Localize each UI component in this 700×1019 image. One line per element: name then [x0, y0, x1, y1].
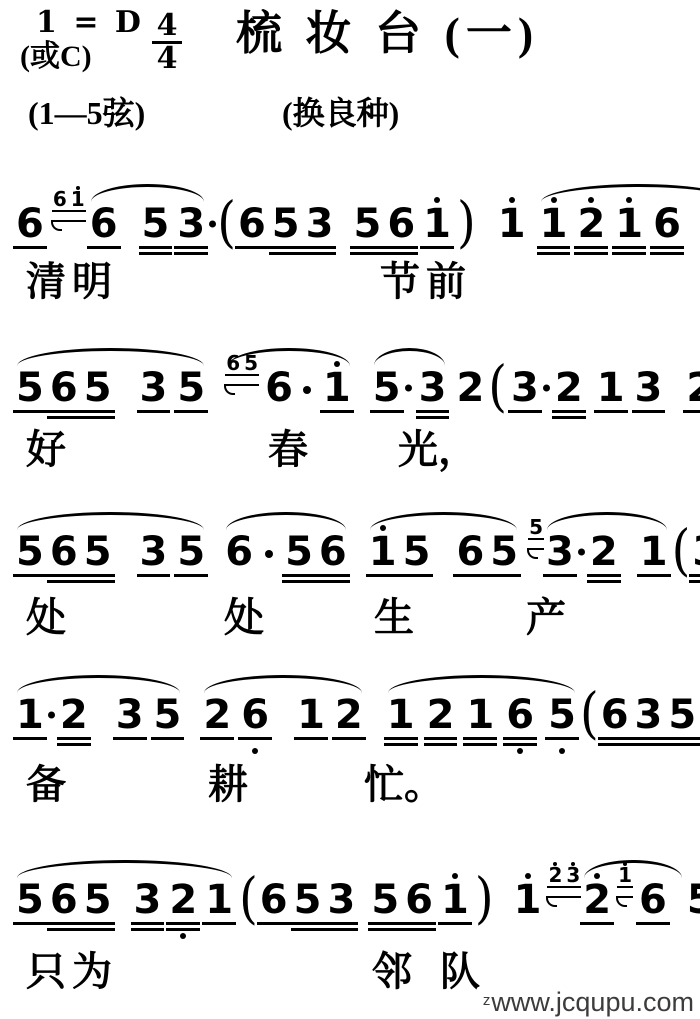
lyric: 好 — [26, 428, 66, 472]
grace-note-row: 23 — [547, 865, 581, 885]
note: 1 — [595, 368, 627, 408]
augmentation-dot — [48, 712, 55, 719]
note: 2 — [167, 880, 199, 920]
octave-dot-above — [551, 197, 557, 203]
note: 6 — [14, 204, 46, 244]
time-signature-denominator: 4 — [150, 45, 184, 73]
augmentation-dot — [543, 385, 550, 392]
key-signature: 1 = D — [36, 6, 144, 40]
note: 3 — [325, 880, 357, 920]
lyrics-row: 好春光， — [12, 428, 700, 474]
parenthesis: ) — [457, 197, 476, 248]
lyric: 春 — [268, 428, 308, 472]
note: 6 — [236, 204, 268, 244]
note: 1 — [203, 880, 235, 920]
augmentation-dot — [209, 221, 216, 228]
note: 2 — [575, 204, 607, 244]
note-group: 565321 — [14, 858, 235, 920]
grace-beam — [52, 210, 86, 222]
time-signature-numerator: 4 — [150, 12, 184, 40]
dot-separator — [303, 386, 311, 394]
slur-arc — [17, 348, 204, 366]
note: 5 — [546, 695, 578, 735]
notation-row: 661653(653561)112165(32) — [12, 168, 700, 244]
note-group: 321 — [544, 510, 670, 572]
note: 6 — [48, 532, 80, 572]
note: 1 — [464, 695, 496, 735]
parenthesis: ( — [580, 688, 599, 739]
note: 5 — [292, 880, 324, 920]
note: 5 — [82, 368, 114, 408]
note: 1 — [367, 532, 399, 572]
note-group: 653 — [88, 182, 208, 244]
octave-dot-above — [334, 361, 340, 367]
note-group: 56535 — [14, 510, 207, 572]
note: 5 — [369, 880, 401, 920]
slur-arc — [17, 512, 204, 530]
note: 1 — [295, 695, 327, 735]
note: 3 — [544, 532, 576, 572]
note: 6 — [385, 204, 417, 244]
lyric: 备 — [26, 763, 66, 807]
note: 1 — [512, 880, 544, 920]
parenthesis: ( — [488, 361, 507, 412]
sheet-music-page: { "meta": { "key": "1 = D", "key_alt": "… — [0, 0, 700, 1019]
note: 3 — [633, 695, 665, 735]
augmentation-dot — [405, 385, 412, 392]
note: 3 — [138, 368, 170, 408]
octave-dot-above — [434, 197, 440, 203]
note-group: 2612 — [201, 673, 364, 735]
lyric: 处 — [26, 596, 66, 640]
grace-note-row: 61 — [52, 189, 86, 209]
note: 6 — [317, 532, 349, 572]
lyric: 清 — [26, 260, 66, 304]
slur-arc — [370, 512, 517, 530]
grace-notes: 5 — [528, 517, 544, 550]
grace-notes: 23 — [547, 865, 581, 898]
note: 1 — [321, 368, 353, 408]
octave-dot-below — [517, 748, 523, 754]
parenthesis: ( — [217, 197, 236, 248]
notation-row: 5653565615655321(32) — [12, 499, 700, 572]
grace-note: 1 — [617, 865, 633, 885]
octave-dot-above — [588, 197, 594, 203]
parenthesis: ( — [672, 525, 691, 576]
octave-dot-below — [559, 748, 565, 754]
note: 5 — [82, 532, 114, 572]
note: 3 — [509, 368, 541, 408]
slur-arc — [17, 860, 232, 878]
note: 6 — [88, 204, 120, 244]
watermark-text: www.jcqupu.com — [491, 987, 694, 1017]
grace-note: 2 — [547, 865, 563, 885]
lyric: 队 — [440, 950, 480, 994]
note: 3 — [138, 532, 170, 572]
note: 6 — [454, 532, 486, 572]
grace-note-row: 65 — [225, 353, 259, 373]
note: 2 — [684, 368, 700, 408]
note-group: 12165 — [385, 673, 578, 735]
grace-beam — [617, 886, 633, 898]
note: 5 — [14, 532, 46, 572]
note: 2 — [201, 695, 233, 735]
octave-dot-above — [594, 873, 600, 879]
note: 5 — [270, 204, 302, 244]
grace-note: 3 — [565, 865, 581, 885]
note: 6 — [48, 880, 80, 920]
watermark-mark: z — [483, 992, 491, 1009]
page-title: 梳 妆 台 (一) — [236, 8, 539, 60]
notation-row: 565321(653561)1232165(53) — [12, 822, 700, 920]
key-signature-alternate: (或C) — [20, 40, 92, 74]
lyric: 明 — [72, 260, 112, 304]
grace-notes: 65 — [225, 353, 259, 386]
note: 5 — [152, 695, 184, 735]
note-group: 216 — [581, 858, 685, 920]
grace-notes: 1 — [617, 865, 633, 898]
slur-arc — [541, 184, 700, 202]
lyrics-row: 清明节前 — [12, 260, 700, 306]
note-group: 653561 — [258, 858, 471, 920]
lyric: 忙。 — [364, 763, 444, 807]
parenthesis: ) — [475, 873, 494, 924]
note: 3 — [633, 368, 665, 408]
octave-dot-above — [380, 525, 386, 531]
octave-dot-below — [180, 933, 186, 939]
note: 5 — [140, 204, 172, 244]
lyric: 节 — [380, 260, 420, 304]
slur-arc — [388, 675, 575, 693]
grace-notes: 61 — [52, 189, 86, 222]
slur-arc — [17, 675, 180, 693]
note: 5 — [283, 532, 315, 572]
note: 2 — [581, 880, 613, 920]
note: 2 — [425, 695, 457, 735]
note: 1 — [421, 204, 453, 244]
note: 1 — [439, 880, 471, 920]
note: 5 — [401, 532, 433, 572]
grace-note: 6 — [225, 353, 241, 373]
grace-hook — [51, 220, 62, 231]
music-line: 5653565615655321(32)处处生产 — [12, 499, 700, 572]
note-group: 12165 — [538, 182, 700, 244]
note: 5 — [371, 368, 403, 408]
slur-arc — [204, 675, 361, 693]
slur-arc — [226, 512, 346, 530]
note: 5 — [82, 880, 114, 920]
octave-dot-above — [626, 197, 632, 203]
slur-arc — [374, 348, 446, 366]
note: 1 — [14, 695, 46, 735]
octave-dot-above — [509, 197, 515, 203]
grace-hook — [527, 548, 538, 559]
grace-hook — [224, 384, 235, 395]
lyric: 只 — [26, 950, 66, 994]
octave-dot-above — [452, 873, 458, 879]
note: 3 — [114, 695, 146, 735]
grace-note: 5 — [528, 517, 544, 537]
grace-hook — [546, 896, 557, 907]
notation-row: 1235261212165(635116) — [12, 660, 700, 735]
octave-dot-above — [571, 862, 575, 866]
octave-dot-below — [252, 748, 258, 754]
note-group: 53 — [371, 346, 449, 408]
note: 3 — [132, 880, 164, 920]
note: 3 — [417, 368, 449, 408]
note-group: 6561 — [225, 346, 353, 408]
lyrics-row: 处处生产 — [12, 596, 700, 642]
note-group: 1235 — [14, 673, 183, 735]
note-group: 656 — [223, 510, 349, 572]
subtitle-note: (换良种) — [282, 94, 399, 132]
octave-dot-above — [76, 186, 80, 190]
grace-beam — [225, 374, 259, 386]
note: 5 — [666, 695, 698, 735]
parenthesis: ( — [239, 873, 258, 924]
note: 5 — [14, 880, 46, 920]
note: 6 — [599, 695, 631, 735]
note-group: 56535 — [14, 346, 207, 408]
note: 1 — [638, 532, 670, 572]
lyric: 耕 — [208, 763, 248, 807]
note: 6 — [637, 880, 669, 920]
note: 1 — [385, 695, 417, 735]
music-line: 565356561532(3213253)好春光， — [12, 334, 700, 408]
lyrics-row: 备耕忙。 — [12, 763, 700, 809]
slur-arc — [547, 512, 667, 530]
note: 6 — [48, 368, 80, 408]
note: 6 — [403, 880, 435, 920]
lyric: 为 — [72, 950, 112, 994]
note: 1 — [496, 204, 528, 244]
grace-beam — [528, 538, 544, 550]
note: 2 — [333, 695, 365, 735]
lyric: 产 — [526, 596, 566, 640]
note: 6 — [263, 368, 295, 408]
note-group: 653561 — [236, 182, 453, 244]
grace-note-row: 1 — [617, 865, 633, 885]
note: 5 — [488, 532, 520, 572]
lyric: 光， — [398, 428, 478, 472]
notation-row: 565356561532(3213253) — [12, 334, 700, 408]
note: 1 — [613, 204, 645, 244]
watermark: zwww.jcqupu.com — [483, 986, 694, 1017]
note: 2 — [553, 368, 585, 408]
lyric: 前 — [426, 260, 466, 304]
note: 5 — [175, 532, 207, 572]
note: 3 — [690, 532, 700, 572]
note: 6 — [258, 880, 290, 920]
music-line: 661653(653561)112165(32)清明节前 — [12, 168, 700, 244]
note: 5 — [175, 368, 207, 408]
note: 6 — [651, 204, 683, 244]
lyric: 处 — [224, 596, 264, 640]
music-line: 565321(653561)1232165(53)只为邻队 — [12, 822, 700, 920]
octave-dot-above — [553, 862, 557, 866]
tuning-note: (1—5弦) — [28, 94, 145, 132]
grace-note: 5 — [243, 353, 259, 373]
grace-note: 1 — [70, 189, 86, 209]
note: 3 — [304, 204, 336, 244]
lyric: 生 — [374, 596, 414, 640]
time-signature: 4 4 — [150, 12, 184, 73]
note: 2 — [454, 368, 486, 408]
note: 2 — [588, 532, 620, 572]
note: 5 — [685, 880, 700, 920]
grace-hook — [616, 896, 627, 907]
lyric: 邻 — [372, 950, 412, 994]
note: 5 — [14, 368, 46, 408]
grace-beam — [547, 886, 581, 898]
augmentation-dot — [578, 549, 585, 556]
octave-dot-above — [525, 873, 531, 879]
note: 5 — [351, 204, 383, 244]
grace-note: 6 — [52, 189, 68, 209]
music-line: 1235261212165(635116)备耕忙。 — [12, 660, 700, 735]
note: 1 — [538, 204, 570, 244]
slur-arc — [91, 184, 205, 202]
grace-note-row: 5 — [528, 517, 544, 537]
octave-dot-above — [623, 862, 627, 866]
dot-separator — [265, 550, 273, 558]
note: 6 — [223, 532, 255, 572]
note: 6 — [239, 695, 271, 735]
note: 3 — [175, 204, 207, 244]
note: 2 — [58, 695, 90, 735]
note-group: 1565 — [367, 510, 520, 572]
note: 6 — [504, 695, 536, 735]
